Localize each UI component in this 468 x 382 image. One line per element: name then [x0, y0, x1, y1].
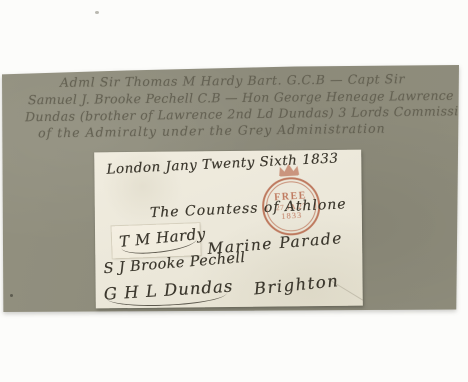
- photo-background: Adml Sir Thomas M Hardy Bart. G.C.B — Ca…: [0, 0, 468, 382]
- postal-cover-free-front: FREE 27 JA 27 1833 London Jany Twenty Si…: [94, 150, 363, 309]
- address-town: Brighton: [253, 271, 340, 298]
- ink-speck: [10, 294, 13, 297]
- docket-line-1: Adml Sir Thomas M Hardy Bart. G.C.B — Ca…: [60, 71, 405, 90]
- docket-line-4: of the Admiralty under the Grey Administ…: [38, 121, 386, 141]
- dust-speck: [95, 11, 99, 14]
